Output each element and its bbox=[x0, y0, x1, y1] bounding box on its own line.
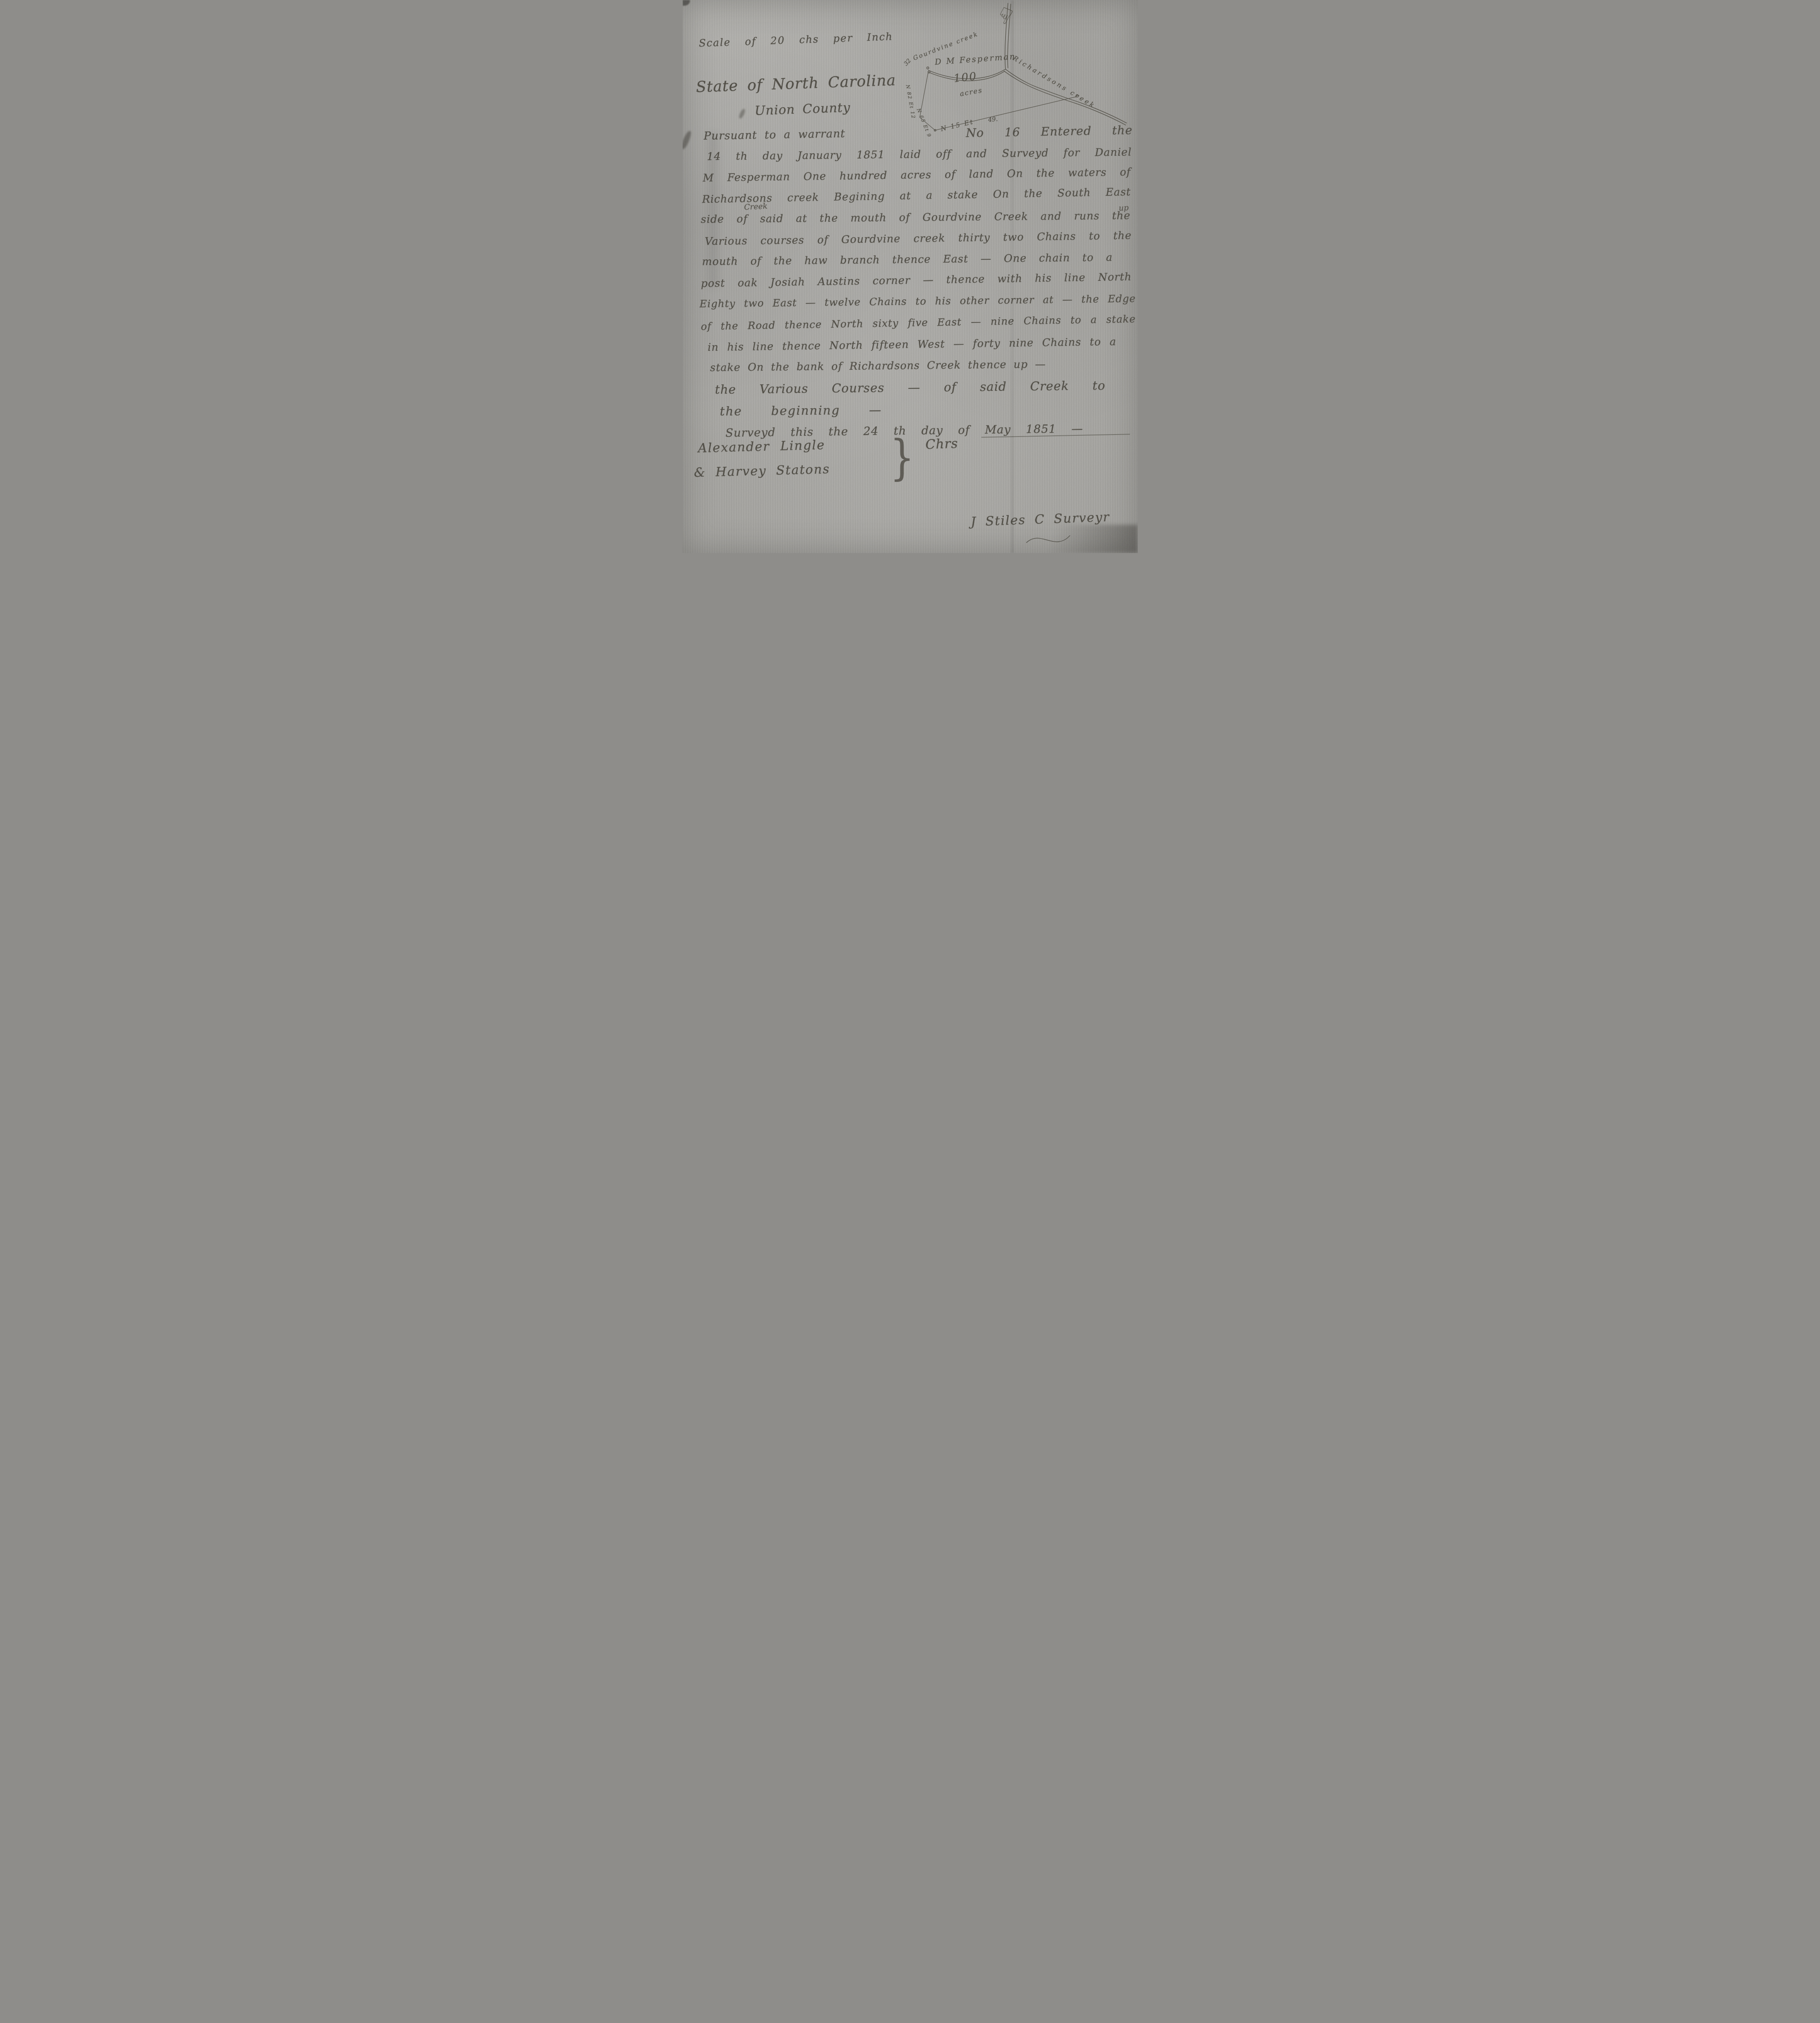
body-line-2: 14 th day January 1851 laid off and Surv… bbox=[706, 147, 1131, 166]
chain-carrier-role: Chrs bbox=[925, 436, 958, 452]
heading-state: State of North Carolina bbox=[696, 71, 896, 95]
body-line-7: mouth of the haw branch thence East — On… bbox=[702, 252, 1112, 271]
scale-note: Scale of 20 chs per Inch bbox=[698, 31, 893, 49]
body-line-13: the Various Courses — of said Creek to bbox=[715, 379, 1105, 400]
body-line-6: Various courses of Gourdvine creek thirt… bbox=[704, 230, 1131, 251]
scan-smudge-left-margin bbox=[683, 130, 692, 150]
body-line-3: M Fesperman One hundred acres of land On… bbox=[702, 167, 1131, 187]
surveyor-signature: J Stiles C Surveyr bbox=[970, 510, 1110, 529]
body-line-1-right: No 16 Entered the bbox=[965, 123, 1133, 140]
body-line-10: of the Road thence North sixty five East… bbox=[700, 314, 1135, 336]
body-line-1-left: Pursuant to a warrant bbox=[703, 127, 845, 142]
insert-creek: Creek bbox=[744, 202, 768, 212]
scanned-survey-page: Scale of 20 chs per Inch State of North … bbox=[683, 0, 1138, 553]
body-line-12: stake On the bank of Richardsons Creek t… bbox=[710, 359, 1046, 377]
brace-mark: } bbox=[890, 430, 914, 486]
body-line-9: Eighty two East — twelve Chains to his o… bbox=[699, 293, 1135, 313]
scan-speck-top-left bbox=[683, 0, 690, 6]
body-line-14: the beginning — bbox=[719, 403, 882, 418]
body-line-5: side of said at the mouth of Gourdvine C… bbox=[700, 210, 1130, 228]
signature-flourish bbox=[1025, 532, 1077, 551]
chain-carrier-2: & Harvey Statons bbox=[694, 462, 830, 480]
survey-plat: ☞ Gourdvine creek 32 Richardsons creek D… bbox=[887, 3, 1134, 143]
body-line-8: post oak Josiah Austins corner — thence … bbox=[700, 271, 1131, 293]
heading-county: Union County bbox=[754, 100, 851, 118]
insert-up: up bbox=[1118, 203, 1129, 212]
plat-bearing-bottom-dist: 49. bbox=[988, 115, 998, 123]
body-line-11: in his line thence North fifteen West — … bbox=[707, 336, 1116, 356]
chain-carrier-1: Alexander Lingle bbox=[698, 438, 825, 456]
scan-ink-drip bbox=[738, 108, 746, 119]
plat-acres-number: 100 bbox=[953, 70, 977, 85]
